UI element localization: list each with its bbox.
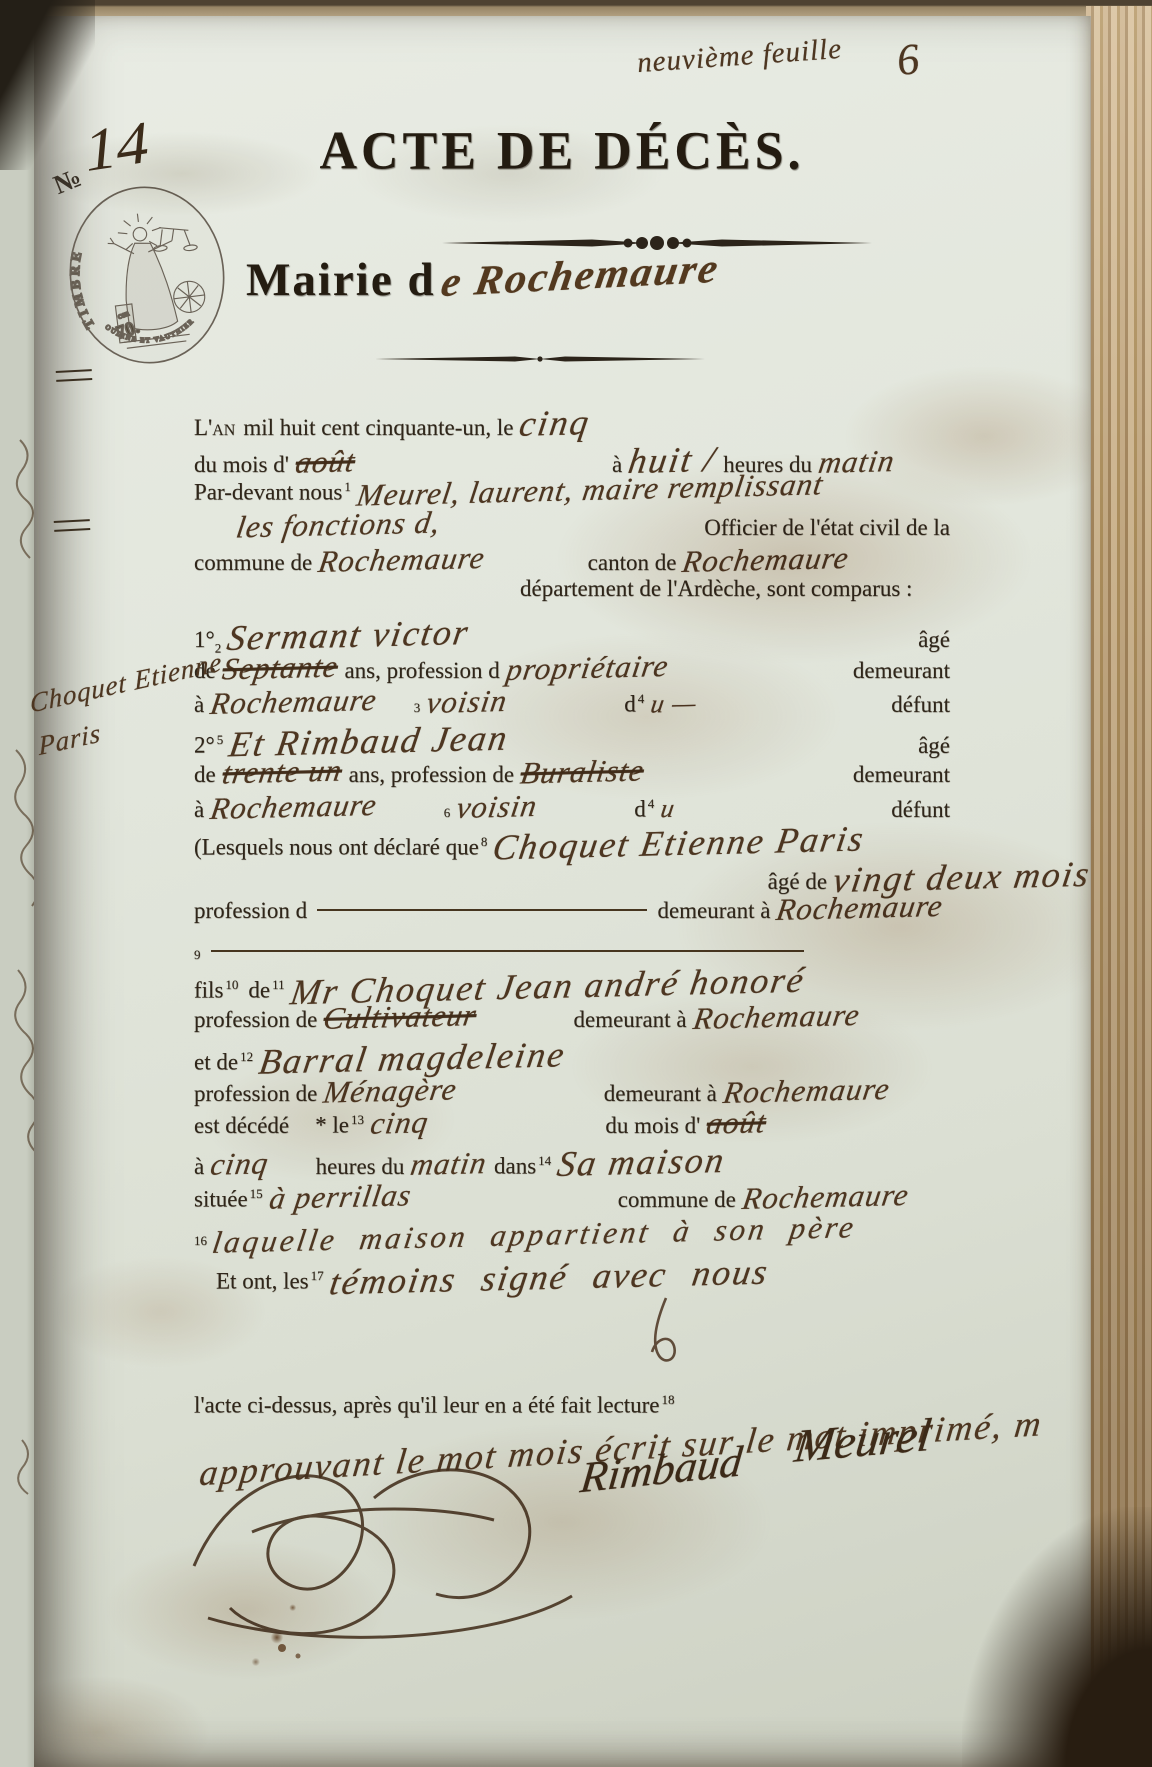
footnote-ref: 15 — [250, 1186, 263, 1201]
printed-text: demeurant à — [657, 898, 770, 924]
margin-note-line1: Choquet Etienne — [29, 641, 223, 724]
handwritten-death-ampm: matin — [408, 1145, 489, 1183]
handwritten-du: u — — [649, 688, 699, 719]
mairie-commune-handwritten: e Rochemaure — [437, 245, 722, 307]
printed-text: d4 — [624, 691, 644, 718]
handwritten-deceased-residence: Rochemaure — [774, 888, 946, 928]
footnote-ref: 17 — [311, 1268, 324, 1283]
photo-dark-corner — [0, 0, 95, 170]
margin-mark — [54, 519, 91, 532]
form-line-year: L'an mil huit cent cinquante-un, le cinq — [194, 402, 950, 444]
printed-text: et de12 — [194, 1049, 253, 1076]
handwritten-functions: les fonctions d, — [234, 505, 443, 546]
paraph-flourish — [618, 1294, 708, 1370]
printed-text: canton de — [588, 550, 677, 576]
handwritten-hamlet: à perrillas — [267, 1177, 414, 1216]
form-line-witness1-profession: de Septante ans, profession d propriétai… — [194, 650, 950, 686]
handwritten-relation: voisin — [424, 683, 510, 721]
document-title: ACTE DE DÉCÈS. — [184, 121, 940, 182]
footnote-ref: 6 — [444, 805, 451, 821]
footnote-ref: 8 — [481, 834, 488, 849]
printed-text: Officier de l'état civil de la — [704, 515, 950, 541]
book-page-stack — [1086, 6, 1152, 1767]
form-line-witness2-profession: de trente un ans, profession de Buralist… — [194, 754, 950, 790]
blank-rule — [211, 950, 805, 952]
printed-text: ans, profession d — [344, 658, 499, 684]
handwritten-witness2-residence: Rochemaure — [208, 787, 380, 827]
handwritten-commune: Rochemaure — [316, 540, 488, 580]
form-line-departement: département de l'Ardèche, sont comparus … — [194, 576, 950, 602]
printed-text: de — [194, 762, 216, 788]
printed-text: défunt — [891, 692, 950, 718]
footnote-ref: 16 — [194, 1233, 207, 1249]
margin-mark — [56, 369, 93, 382]
handwritten-witness2-profession: Buraliste — [518, 753, 647, 792]
printed-text: profession d — [194, 898, 307, 924]
printed-text: profession de — [194, 1007, 317, 1033]
footnote-ref: 13 — [351, 1112, 364, 1127]
printed-text: commune de — [194, 550, 312, 576]
printed-text: commune de — [618, 1187, 736, 1213]
form-line-deceased-profession: profession d demeurant à Rochemaure — [194, 890, 950, 926]
footnote-ref: 9 — [194, 947, 201, 963]
margin-note-line2: Paris — [38, 712, 102, 766]
handwritten-witness1-age: Septante — [220, 649, 341, 688]
printed-text: profession de — [194, 1081, 317, 1107]
printed-text: Et ont, les17 — [216, 1268, 324, 1295]
footnote-ref: 3 — [414, 700, 421, 716]
handwritten-death-day: cinq — [368, 1104, 431, 1141]
form-line-father-profession: profession de Cultivateur demeurant à Ro… — [194, 999, 950, 1035]
footnote-ref: 1 — [344, 479, 351, 494]
form-line-functions: les fonctions d, Officier de l'état civi… — [194, 507, 950, 543]
form-line-signature-clause: Et ont, les17 témoins signé avec nous — [194, 1256, 950, 1298]
footnote-ref: 11 — [272, 977, 285, 992]
printed-text: demeurant — [853, 658, 950, 684]
footnote-ref: 12 — [240, 1049, 253, 1064]
handwritten-witness1-profession: propriétaire — [504, 648, 671, 688]
printed-text: heures du — [316, 1154, 405, 1180]
printed-text: est décédé — [194, 1113, 289, 1139]
printed-text: défunt — [891, 797, 950, 823]
footnote-ref: 4 — [648, 796, 655, 811]
section-divider — [375, 354, 705, 364]
handwritten-father-profession: Cultivateur — [321, 997, 479, 1037]
mairie-line: Mairie de Rochemaure — [246, 252, 724, 307]
footnote-ref: 14 — [538, 1153, 551, 1168]
printed-text: L'an — [194, 415, 235, 441]
photo-dark-corner-bottom — [962, 1507, 1152, 1767]
death-certificate-sheet: neuvième feuille 6 № 14 — [34, 16, 1091, 1767]
printed-text: demeurant à — [604, 1081, 717, 1107]
footnote-ref: 4 — [638, 691, 645, 706]
handwritten-death-month: août — [704, 1104, 769, 1141]
printed-text: l'acte ci-dessus, après qu'il leur en a … — [194, 1392, 675, 1419]
photographed-register-page: neuvième feuille 6 № 14 — [0, 0, 1152, 1767]
printed-text: située15 — [194, 1186, 263, 1213]
printed-text: à — [194, 1154, 204, 1180]
printed-text: demeurant à — [574, 1007, 687, 1033]
form-line-officer: Par-devant nous1 Meurel, laurent, maire … — [194, 472, 950, 508]
signature-mayor: Meurel — [792, 1408, 935, 1473]
handwritten-father-residence: Rochemaure — [690, 997, 862, 1037]
printed-text: demeurant — [853, 762, 950, 788]
printed-text: dans14 — [494, 1153, 551, 1180]
printed-text: du mois d' — [605, 1113, 700, 1139]
form-line-house-ownership: 16 laquelle maison appartient à son père — [194, 1217, 950, 1253]
printed-text: mil huit cent cinquante-un, le — [243, 415, 513, 441]
printed-text: à — [194, 797, 204, 823]
printed-text: Par-devant nous1 — [194, 479, 351, 506]
printed-text: ans, profession de — [349, 762, 514, 788]
printed-text: d4 — [634, 796, 654, 823]
folio-paraph: 6 — [894, 33, 922, 86]
folio-note: neuvième feuille — [636, 33, 843, 80]
form-line-death-hour: à cinq heures du matin dans14 Sa maison — [194, 1141, 950, 1183]
form-line-death-date: est décédé * le13 cinq du mois d' août — [194, 1105, 950, 1141]
blank-rule — [317, 909, 647, 911]
footnote-ref: 18 — [662, 1392, 675, 1407]
tax-stamp-seal: TIMBRE cen 70. OUDINE ET VAUTHIER — [62, 182, 232, 368]
handwritten-relation: voisin — [454, 788, 540, 826]
handwritten-witness2-age: trente un — [220, 753, 345, 792]
handwritten-canton: Rochemaure — [680, 540, 852, 580]
handwritten-du: u — [659, 794, 678, 824]
form-line-mother-profession: profession de Ménagère demeurant à Roche… — [194, 1073, 950, 1109]
footnote-ref: 10 — [225, 977, 238, 992]
signature-flourish-witness1 — [164, 1436, 594, 1666]
printed-text: * le13 — [315, 1112, 364, 1139]
mairie-label: Mairie d — [246, 254, 436, 306]
printed-text: département de l'Ardèche, sont comparus … — [520, 576, 912, 602]
form-line-commune-canton: commune de Rochemaure canton de Rochemau… — [194, 542, 950, 578]
handwritten-death-hour: cinq — [208, 1145, 271, 1182]
form-line-witness1-residence: à Rochemaure 3 voisin d4 u — défunt — [194, 684, 950, 720]
